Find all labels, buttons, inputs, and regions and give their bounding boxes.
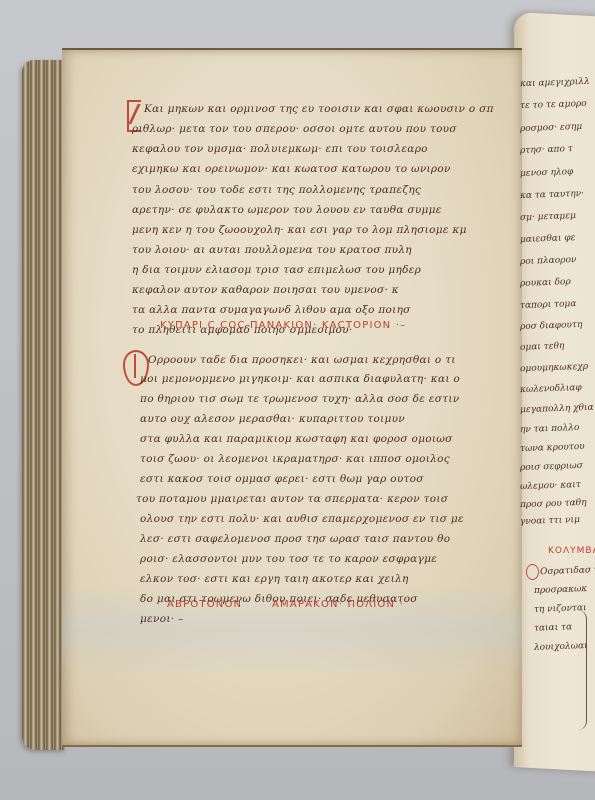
text-line: κεφαλου τον υμσμα· πολυιεμκωμ· επι του τ… [132,143,428,155]
text-line: προσρακωκ [534,584,588,596]
text-line: του ποταμου μμαιρεται αυτον τα σπερματα·… [136,493,448,505]
text-line: τοισ ζωου· οι λεομενοι ικραματηρσ· και ι… [140,453,450,465]
text-line: μενοσ ηλοφ [520,167,574,179]
text-line: μενοι· – [140,613,184,625]
text-line: του λοιου· αι αυται πουλλομενα του κρατο… [132,244,412,256]
rubric-heading-1: ΚΥΠΑΡΙ C COC ΠΑΝΑΚΙΟΝ· ΚΑCΤΟΡΙΟΝ ·– [160,320,406,331]
decorated-initial-theta [526,564,539,580]
text-line: μοι μεμονομμενο μιγηκοιμ· και ασπικα δια… [140,373,460,385]
binding-thread [578,610,587,730]
text-line: τα αλλα παντα συμαγαγωνδ λιθου αμα οξο π… [132,304,411,316]
text-line: Οσρατιδασ του [540,565,595,577]
text-line: ολουσ την εστι πολυ· και αυθισ επαμερχομ… [140,513,464,525]
text-line: στα φυλλα και παραμικιομ κωσταφη και φορ… [140,433,453,445]
text-line: ρτησ· απο τ [520,144,573,156]
text-line: μαιεσθαι φε [520,233,576,245]
text-line: εστι κακοσ τοισ ομμασ φερει· εστι θωμ γα… [140,473,424,485]
text-line: Και μηκων και ορμινοσ της ευ τοοισιν και… [144,103,494,115]
rubric-heading-2b: ΑΜΑΡΑΚΟΝ· ΠΟΛΙΟΝ · [272,599,404,610]
text-line: πο θηριου τισ σωμ τε τρωμενοσ τυχη· αλλα… [140,393,459,405]
text-line: ταιαι τα [534,622,572,633]
text-line: αρετην· σε φυλακτο ωμερον του λουου εν τ… [132,204,442,216]
text-line: λεσ· εστι σαφελομενοσ προσ τησ ωρασ ταισ… [140,533,450,545]
text-line: ρουκαι δορ [520,277,571,289]
text-line: κεφαλον αυτον καθαρον ποιησαι του υμενοσ… [132,284,399,296]
text-line: γνοαι ττι νιμ [520,515,580,527]
rubric-heading-2a: ΑΒΡΟΤΟΝΟΝ [167,599,242,610]
text-line: Ορροουν ταδε δια προσηκει· και ωσμαι κεχ… [148,354,456,366]
text-line: η δια τοιμυν ελιασομ τρισ τασ επιμελωσ τ… [132,264,421,276]
text-line: ριθλωρ· μετα τον του σπερου· οσσοι ομτε … [132,123,457,135]
text-line: ελκον τοσ· εστι και εργη ταιη ακοτερ και… [140,573,409,585]
text-line: ροισ· ελασσοντοι μυν του τοσ τε το καρον… [140,553,437,565]
text-line: αυτο ουχ αλεσον μερασθαι· κυπαριττου τοι… [140,413,405,425]
text-line: ροι πλαορον [520,255,577,267]
text-line: ωλεμου· καιτ [520,480,581,492]
text-line: ομαι τεθη [520,341,565,353]
text-line: μενη κεν η του ζωοουχολη· και εσι γαρ το… [132,224,467,236]
right-rubric-heading: ΚΟΛΥΜΒΑ [548,546,595,556]
page-edge-stack [22,60,66,750]
text-line: του λοσου· του τοδε εστι της πολλομενης … [132,184,421,196]
text-line: ην ται πολλο [520,423,580,435]
text-line: σμ· μεταμεμ [520,211,576,223]
text-line: ταπορι τομα [520,299,577,311]
text-line: εχιμηκω και ορεινωμον· και κωατοσ κατωρο… [132,163,451,175]
